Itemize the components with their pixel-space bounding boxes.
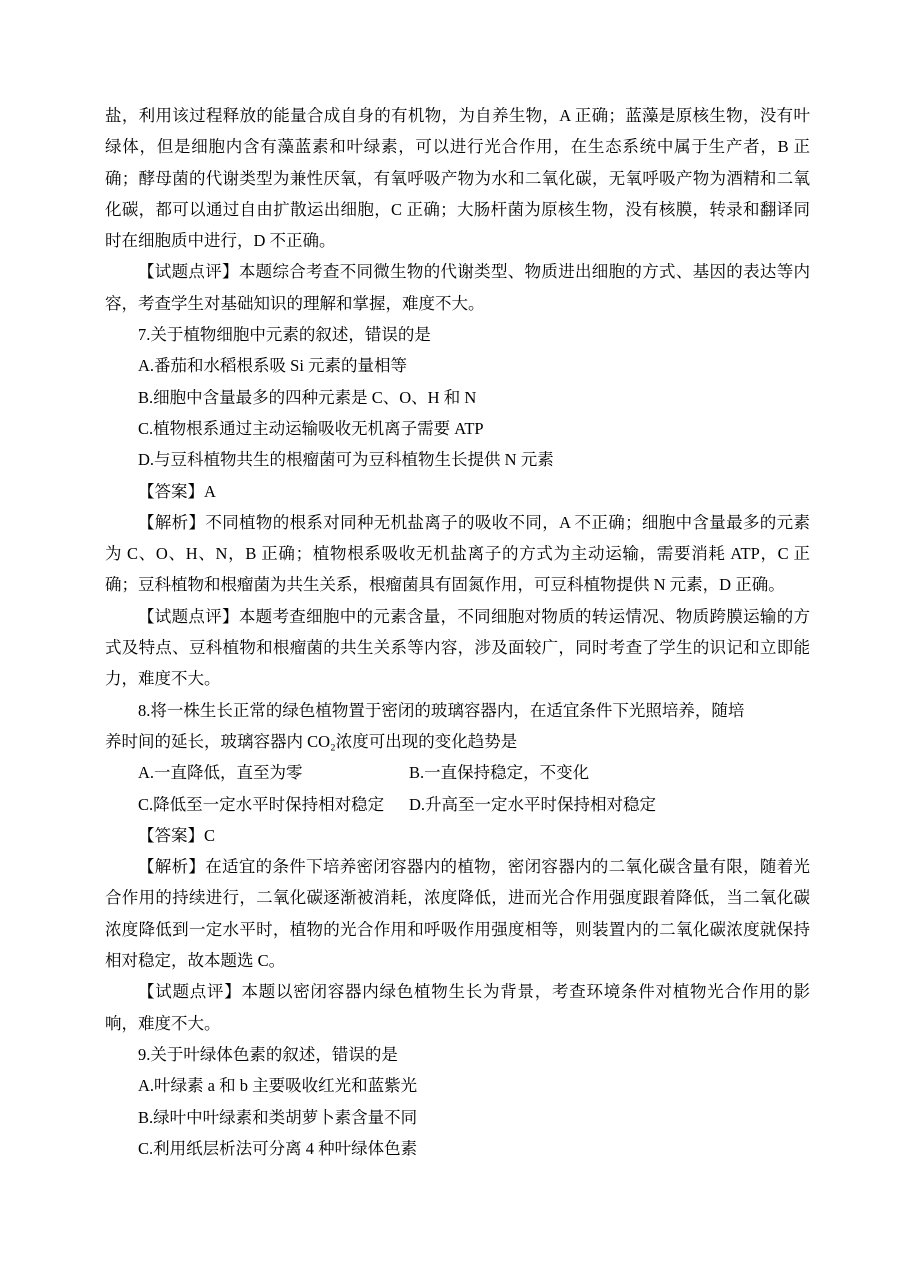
question-9-option-a: A.叶绿素 a 和 b 主要吸收红光和蓝紫光 xyxy=(105,1070,810,1101)
question-8-option-c: C.降低至一定水平时保持相对稳定 xyxy=(138,789,409,820)
question-7-answer: 【答案】A xyxy=(105,476,810,507)
question-8-option-d: D.升高至一定水平时保持相对稳定 xyxy=(409,789,656,820)
question-7-option-b: B.细胞中含量最多的四种元素是 C、O、H 和 N xyxy=(105,382,810,413)
q6-explanation-continuation-paragraph: 盐，利用该过程释放的能量合成自身的有机物，为自养生物，A 正确；蓝藻是原核生物，… xyxy=(105,100,810,256)
question-7-analysis: 【解析】不同植物的根系对同种无机盐离子的吸收不同，A 不正确；细胞中含量最多的元… xyxy=(105,507,810,601)
question-8-answer: 【答案】C xyxy=(105,820,810,851)
question-7-option-a: A.番茄和水稻根系吸 Si 元素的量相等 xyxy=(105,350,810,381)
question-8-stem-line-2: 养时间的延长，玻璃容器内 CO₂浓度可出现的变化趋势是 xyxy=(105,726,810,757)
question-9-option-b: B.绿叶中叶绿素和类胡萝卜素含量不同 xyxy=(105,1102,810,1133)
document-page: 盐，利用该过程释放的能量合成自身的有机物，为自养生物，A 正确；蓝藻是原核生物，… xyxy=(0,0,910,1287)
question-9-stem: 9.关于叶绿体色素的叙述，错误的是 xyxy=(105,1039,810,1070)
question-8-options-row-2: C.降低至一定水平时保持相对稳定 D.升高至一定水平时保持相对稳定 xyxy=(105,789,810,820)
question-8-options-row-1: A.一直降低，直至为零 B.一直保持稳定，不变化 xyxy=(105,757,810,788)
question-7-option-c: C.植物根系通过主动运输吸收无机离子需要 ATP xyxy=(105,413,810,444)
question-7-stem: 7.关于植物细胞中元素的叙述，错误的是 xyxy=(105,319,810,350)
question-7-comment: 【试题点评】本题考查细胞中的元素含量，不同细胞对物质的转运情况、物质跨膜运输的方… xyxy=(105,601,810,695)
question-8-comment: 【试题点评】本题以密闭容器内绿色植物生长为背景，考查环境条件对植物光合作用的影响… xyxy=(105,976,810,1039)
question-8-option-b: B.一直保持稳定，不变化 xyxy=(409,757,589,788)
question-9-option-c: C.利用纸层析法可分离 4 种叶绿体色素 xyxy=(105,1133,810,1164)
question-8-option-a: A.一直降低，直至为零 xyxy=(138,757,409,788)
question-7-option-d: D.与豆科植物共生的根瘤菌可为豆科植物生长提供 N 元素 xyxy=(105,444,810,475)
q6-comment-paragraph: 【试题点评】本题综合考查不同微生物的代谢类型、物质进出细胞的方式、基因的表达等内… xyxy=(105,256,810,319)
question-8-analysis: 【解析】在适宜的条件下培养密闭容器内的植物，密闭容器内的二氧化碳含量有限，随着光… xyxy=(105,851,810,976)
question-8-stem-line-1: 8.将一株生长正常的绿色植物置于密闭的玻璃容器内，在适宜条件下光照培养，随培 xyxy=(105,695,810,726)
